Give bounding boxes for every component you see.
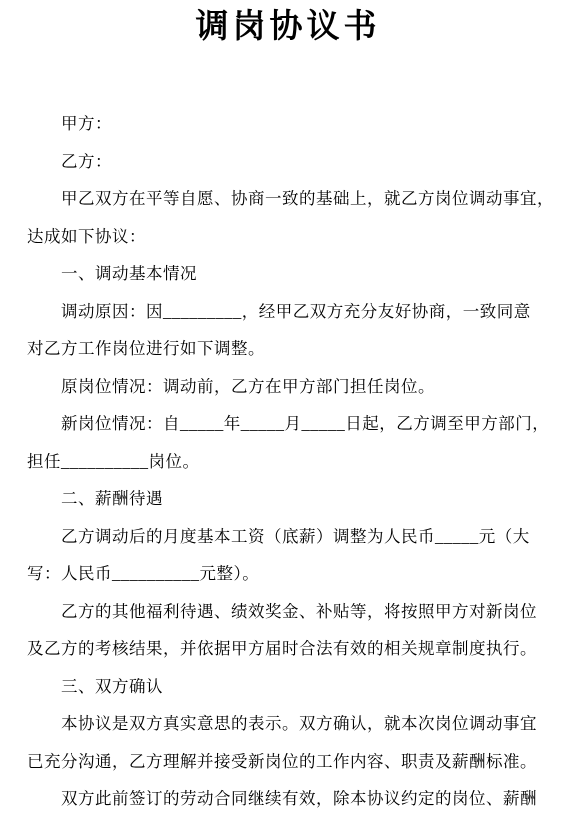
document-line: 甲方： bbox=[27, 105, 558, 143]
document-line: 双方此前签订的劳动合同继续有效，除本协议约定的岗位、薪酬 bbox=[27, 780, 558, 818]
document-line: 新岗位情况：自_____年_____月_____日起，乙方调至甲方部门， bbox=[27, 405, 558, 443]
document-line: 二、薪酬待遇 bbox=[27, 480, 558, 518]
document-line: 乙方： bbox=[27, 143, 558, 181]
document-page: 调岗协议书 甲方： 乙方： 甲乙双方在平等自愿、协商一致的基础上，就乙方岗位调动… bbox=[0, 0, 576, 822]
document-body: 甲方： 乙方： 甲乙双方在平等自愿、协商一致的基础上，就乙方岗位调动事宜， 达成… bbox=[0, 105, 576, 818]
document-line: 甲乙双方在平等自愿、协商一致的基础上，就乙方岗位调动事宜， bbox=[27, 180, 558, 218]
document-line: 一、调动基本情况 bbox=[27, 255, 558, 293]
document-line: 乙方调动后的月度基本工资（底薪）调整为人民币_____元（大 bbox=[27, 518, 558, 556]
document-line: 担任__________岗位。 bbox=[27, 443, 558, 481]
document-line: 达成如下协议： bbox=[27, 218, 558, 256]
document-line: 三、双方确认 bbox=[27, 668, 558, 706]
document-line: 及乙方的考核结果，并依据甲方届时合法有效的相关规章制度执行。 bbox=[27, 630, 558, 668]
document-line: 调动原因：因_________，经甲乙双方充分友好协商，一致同意 bbox=[27, 293, 558, 331]
document-line: 本协议是双方真实意思的表示。双方确认，就本次岗位调动事宜 bbox=[27, 705, 558, 743]
document-line: 乙方的其他福利待遇、绩效奖金、补贴等，将按照甲方对新岗位 bbox=[27, 593, 558, 631]
document-line: 已充分沟通，乙方理解并接受新岗位的工作内容、职责及薪酬标准。 bbox=[27, 743, 558, 781]
document-line: 对乙方工作岗位进行如下调整。 bbox=[27, 330, 558, 368]
document-title: 调岗协议书 bbox=[0, 4, 576, 50]
document-line: 原岗位情况：调动前，乙方在甲方部门担任岗位。 bbox=[27, 368, 558, 406]
document-line: 写：人民币__________元整）。 bbox=[27, 555, 558, 593]
